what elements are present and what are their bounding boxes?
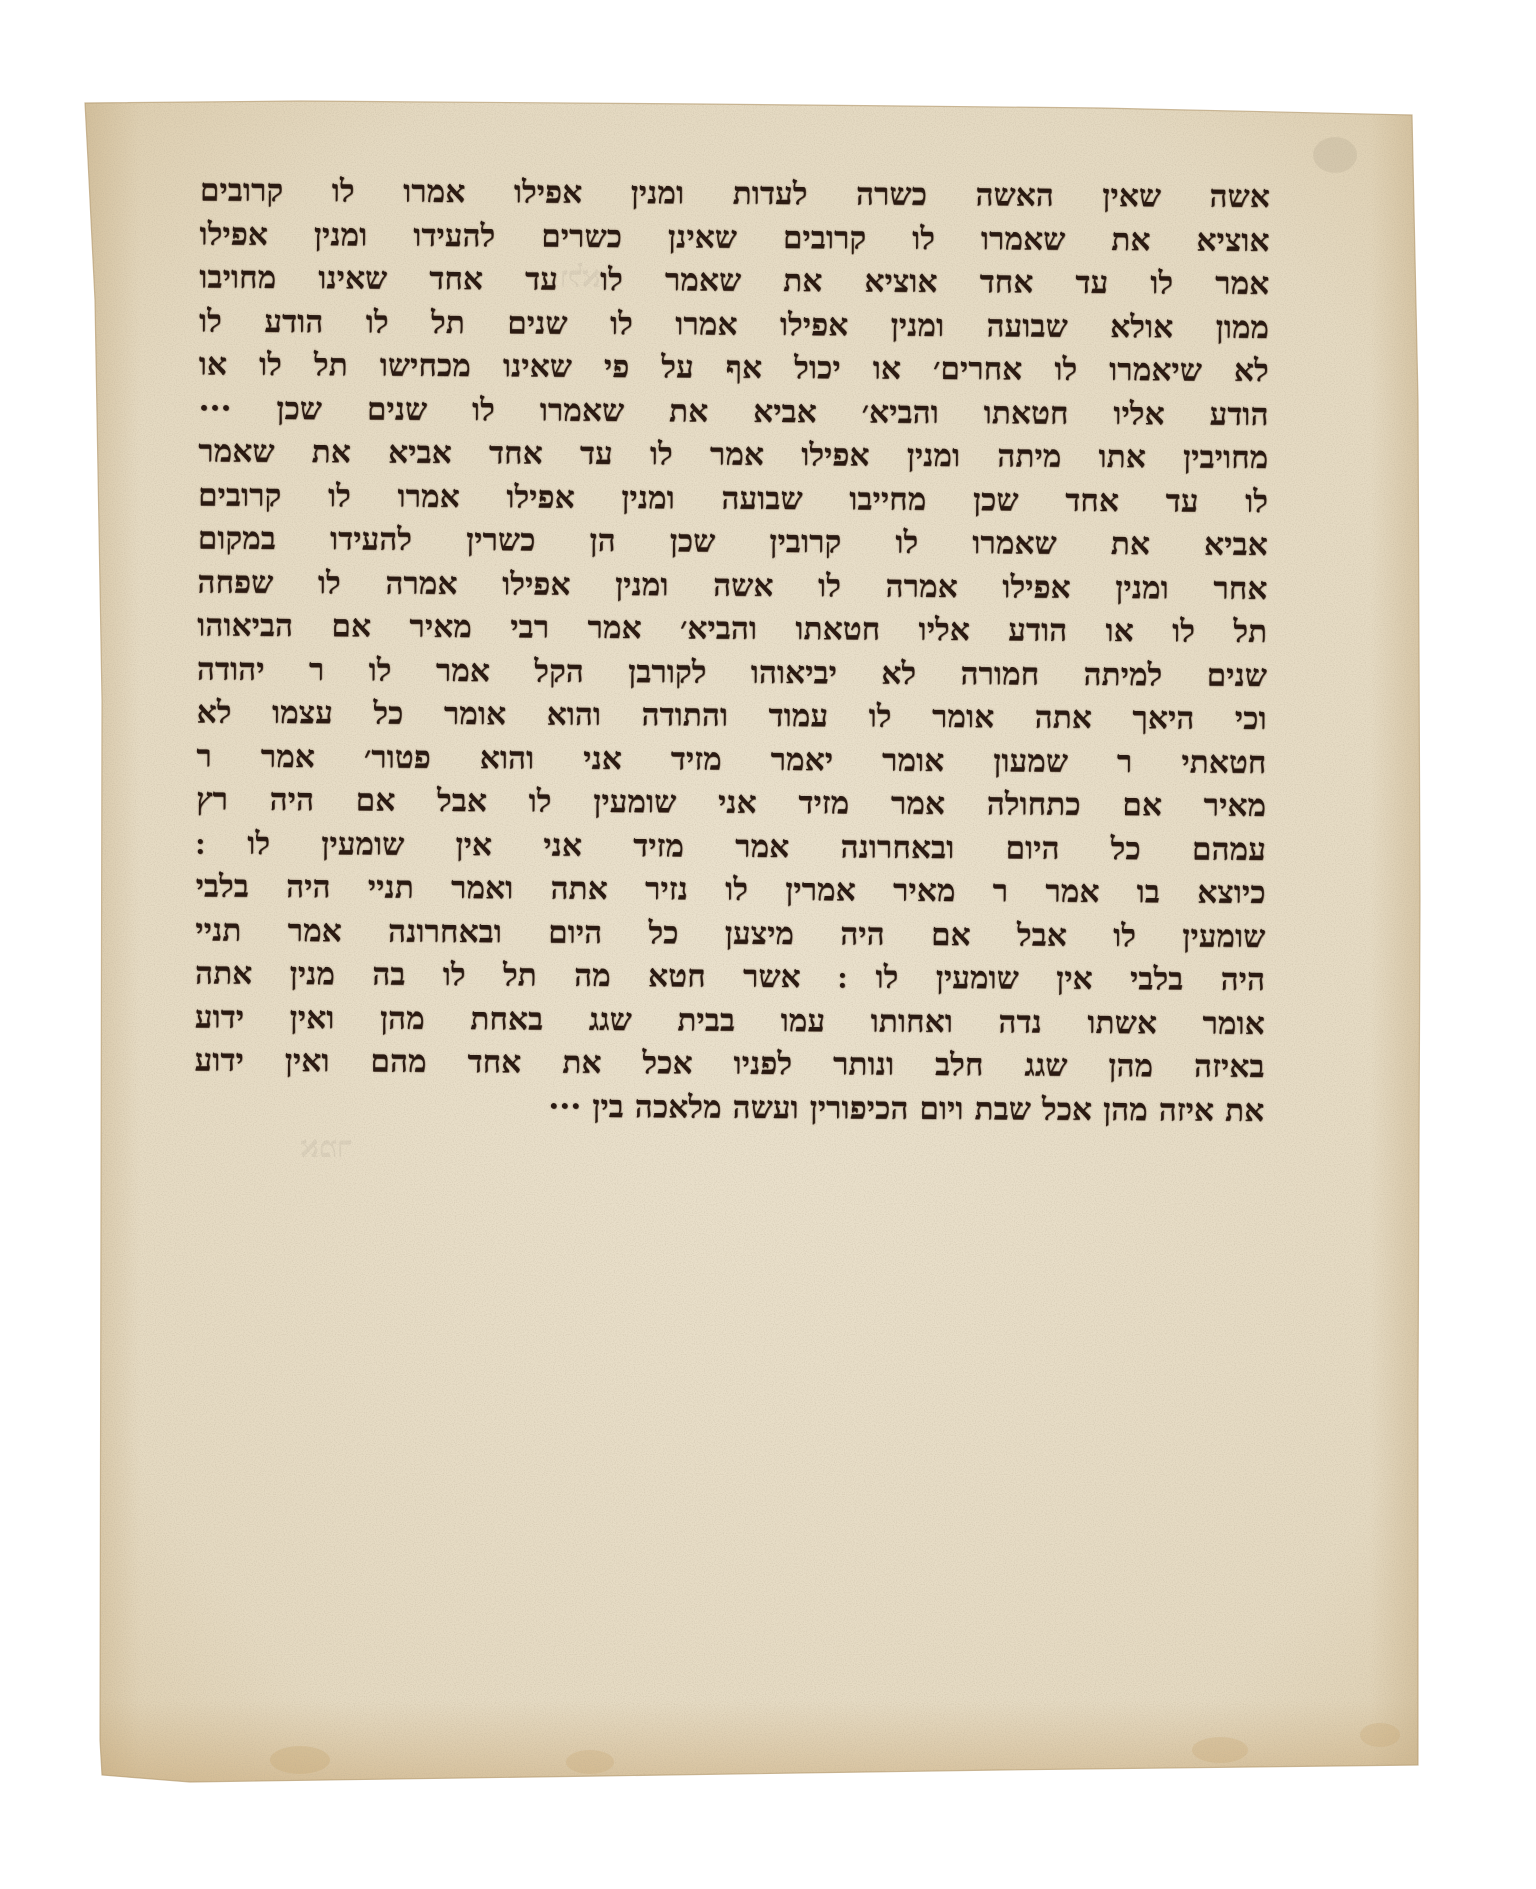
manuscript-line: כיוצא בו אמר ר מאיר אמרין לו נזיר אתה וא… <box>196 865 1266 915</box>
manuscript-line: חטאתי ר שמעון אומר יאמר מזיד אני והוא פט… <box>196 735 1266 785</box>
manuscript-leaf: ולא אמר אשה שאין האשה כשרה לעדות ומנין א… <box>0 0 1536 1889</box>
manuscript-line: אביא את שאמרו לו קרובין שכן הן כשרין להע… <box>198 517 1268 567</box>
manuscript-line: לא שיאמרו לו אחרים׳ או יכול אף על פי שאי… <box>199 343 1269 393</box>
manuscript-line: עמהם כל היום ובאחרונה אמר מזיד אני אין ש… <box>196 822 1266 872</box>
manuscript-line: אמר לו עד אחד אוציא את שאמר לו עד אחד שא… <box>199 256 1269 306</box>
manuscript-line: ממון אולא שבועה ומנין אפילו אמרו לו שנים… <box>199 300 1269 350</box>
manuscript-line: הודע אליו חטאתו והביא׳ אביא את שאמרו לו … <box>198 387 1268 437</box>
manuscript-line: שומעין לו אבל אם היה מיצען כל היום ובאחר… <box>195 909 1265 959</box>
manuscript-line: אשה שאין האשה כשרה לעדות ומנין אפילו אמר… <box>200 169 1270 219</box>
manuscript-line: אוציא את שאמרו לו קרובים שאינן כשרים להע… <box>199 213 1269 263</box>
manuscript-line: תל לו או הודע אליו חטאתו והביא׳ אמר רבי … <box>197 604 1267 654</box>
manuscript-line: וכי היאך אתה אומר לו עמוד והתודה והוא או… <box>197 691 1267 741</box>
manuscript-line: היה בלבי אין שומעין לו ׃ אשר חטא מה תל ל… <box>195 952 1265 1002</box>
manuscript-line: מאיר אם כתחולה אמר מזיד אני שומעין לו אב… <box>196 778 1266 828</box>
manuscript-line: שנים למיתה חמורה לא יביאוהו לקורבן הקל א… <box>197 648 1267 698</box>
manuscript-line: באיזה מהן שגג חלב ונותר לפניו אכל את אחד… <box>194 1039 1264 1089</box>
manuscript-line: את איזה מהן אכל שבת ויום הכיפורין ועשה מ… <box>194 1083 1264 1133</box>
manuscript-line: אומר אשתו נדה ואחותו עמו בבית שגג באחת מ… <box>195 996 1265 1046</box>
manuscript-text: אשה שאין האשה כשרה לעדות ומנין אפילו אמר… <box>194 169 1270 1133</box>
manuscript-line: מחויבין אתו מיתה ומנין אפילו אמר לו עד א… <box>198 430 1268 480</box>
manuscript-line: אחר ומנין אפילו אמרה לו אשה ומנין אפילו … <box>197 561 1267 611</box>
manuscript-line: לו עד אחד שכן מחייבו שבועה ומנין אפילו א… <box>198 474 1268 524</box>
